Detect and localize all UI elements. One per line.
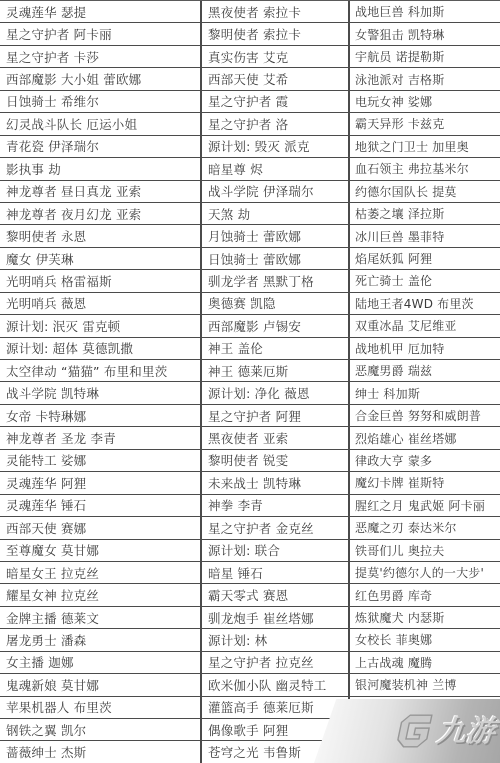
table-cell: 暗星尊 烬 — [202, 158, 348, 180]
table-cell: 源计划: 超体 莫德凯撒 — [0, 338, 200, 360]
table-cell: 死亡骑士 盖伦 — [350, 270, 500, 292]
table-cell: 黑夜使者 亚索 — [202, 427, 348, 449]
table-cell: 黑夜使者 索拉卡 — [202, 1, 348, 23]
table-cell: 女校长 菲奥娜 — [350, 629, 500, 651]
table-cell: 绅士 科加斯 — [350, 382, 500, 404]
table-cell: 源计划: 泯灭 雷克顿 — [0, 315, 200, 337]
table-cell: 光明哨兵 格雷福斯 — [0, 270, 200, 292]
table-cell: 日蚀骑士 希维尔 — [0, 91, 200, 113]
table-cell: 蔷薇绅士 杰斯 — [0, 741, 200, 763]
table-cell: 灵魂莲华 阿狸 — [0, 472, 200, 494]
table-cell: 西部魔影 大小姐 蕾欧娜 — [0, 68, 200, 90]
table-cell: 电玩女神 娑娜 — [350, 91, 500, 113]
skin-table-column-3: 战地巨兽 科加斯女警狙击 凯特琳宇航员 诺提勒斯泳池派对 吉格斯电玩女神 娑娜霸… — [348, 1, 500, 763]
table-cell: 约德尔国队长 提莫 — [350, 181, 500, 203]
table-cell: 未来战士 凯特琳 — [202, 472, 348, 494]
skin-table-column-2: 黑夜使者 索拉卡黎明使者 索拉卡真实伤害 艾克西部天使 艾希星之守护者 霞星之守… — [200, 1, 348, 763]
table-cell: 恶魔男爵 瑞兹 — [350, 360, 500, 382]
table-cell: 暗星女王 拉克丝 — [0, 562, 200, 584]
table-cell: 驯龙炮手 崔丝塔娜 — [202, 607, 348, 629]
table-cell: 灵魂莲华 锤石 — [0, 495, 200, 517]
watermark-text: 九游 — [435, 717, 496, 746]
table-cell: 恶魔之刃 泰达米尔 — [350, 517, 500, 539]
table-cell: 银河魔装机神 兰博 — [350, 674, 500, 696]
table-cell: 源计划: 毁灭 派克 — [202, 136, 348, 158]
table-cell: 冰川巨兽 墨菲特 — [350, 225, 500, 247]
table-cell: 女警狙击 凯特琳 — [350, 23, 500, 45]
table-cell: 星之守护者 霞 — [202, 91, 348, 113]
table-cell: 月蚀骑士 蕾欧娜 — [202, 225, 348, 247]
table-cell: 幻灵战斗队长 厄运小姐 — [0, 113, 200, 135]
table-cell: 神龙尊者 圣龙 李青 — [0, 427, 200, 449]
table-cell: 魔幻卡牌 崔斯特 — [350, 472, 500, 494]
skin-table-column-1: 灵魂莲华 瑟提星之守护者 阿卡丽星之守护者 卡莎西部魔影 大小姐 蕾欧娜日蚀骑士… — [0, 1, 200, 763]
table-cell: 源计划: 净化 薇恩 — [202, 382, 348, 404]
table-cell: 耀星女神 拉克丝 — [0, 584, 200, 606]
table-cell: 星之守护者 卡莎 — [0, 46, 200, 68]
table-cell: 神王 德莱厄斯 — [202, 360, 348, 382]
table-cell: 宇航员 诺提勒斯 — [350, 46, 500, 68]
table-cell: 战斗学院 伊泽瑞尔 — [202, 181, 348, 203]
table-cell: 灌篮高手 德莱厄斯 — [202, 697, 348, 719]
table-cell: 奥德赛 凯隐 — [202, 293, 348, 315]
table-cell: 黎明使者 永恩 — [0, 225, 200, 247]
table-cell: 鬼魂新娘 莫甘娜 — [0, 674, 200, 696]
table-cell: 合金巨兽 努努和威朗普 — [350, 405, 500, 427]
table-cell: 战地机甲 厄加特 — [350, 338, 500, 360]
table-cell: 泳池派对 吉格斯 — [350, 68, 500, 90]
table-cell: 战地巨兽 科加斯 — [350, 1, 500, 23]
table-cell: 至尊魔女 莫甘娜 — [0, 540, 200, 562]
table-cell: 青花瓷 伊泽瑞尔 — [0, 136, 200, 158]
skin-list-table: 灵魂莲华 瑟提星之守护者 阿卡丽星之守护者 卡莎西部魔影 大小姐 蕾欧娜日蚀骑士… — [0, 0, 500, 763]
table-cell: 驯龙学者 黑默丁格 — [202, 270, 348, 292]
table-cell: 星之守护者 拉克丝 — [202, 652, 348, 674]
table-cell: 霸天异形 卡兹克 — [350, 113, 500, 135]
table-cell: 暗星 锤石 — [202, 562, 348, 584]
table-cell: 提莫'约德尔人的一大步' — [350, 562, 500, 584]
table-cell: 地狱之门卫士 加里奥 — [350, 136, 500, 158]
table-cell: 源计划: 联合 — [202, 540, 348, 562]
table-cell: 神龙尊者 昼日真龙 亚索 — [0, 181, 200, 203]
table-cell: 霸天零式 赛恩 — [202, 584, 348, 606]
table-cell: 腥红之月 鬼武姬 阿卡丽 — [350, 495, 500, 517]
table-cell: 屠龙勇士 潘森 — [0, 629, 200, 651]
table-cell: 魔女 伊芙琳 — [0, 248, 200, 270]
table-cell: 欧米伽小队 幽灵特工 — [202, 674, 348, 696]
table-cell: 战斗学院 凯特琳 — [0, 382, 200, 404]
table-cell: 源计划: 林 — [202, 629, 348, 651]
table-cell: 太空律动 “猫猫” 布里和里茨 — [0, 360, 200, 382]
table-cell: 钢铁之翼 凯尔 — [0, 719, 200, 741]
table-cell: 炼狱魔犬 内瑟斯 — [350, 607, 500, 629]
table-cell: 双重冰晶 艾尼维亚 — [350, 315, 500, 337]
table-cell: 血石领主 弗拉基米尔 — [350, 158, 500, 180]
table-cell: 灵魂莲华 瑟提 — [0, 1, 200, 23]
table-cell: 星之守护者 阿狸 — [202, 405, 348, 427]
table-cell: 神王 盖伦 — [202, 338, 348, 360]
table-cell: 神拳 李青 — [202, 495, 348, 517]
table-cell: 烈焰雄心 崔丝塔娜 — [350, 427, 500, 449]
table-cell: 灵能特工 娑娜 — [0, 450, 200, 472]
table-cell: 律政大亨 蒙多 — [350, 450, 500, 472]
table-cell: 日蚀骑士 蕾欧娜 — [202, 248, 348, 270]
table-cell: 天煞 劫 — [202, 203, 348, 225]
table-cell: 枯萎之壤 泽拉斯 — [350, 203, 500, 225]
table-cell: 西部魔影 卢锡安 — [202, 315, 348, 337]
table-cell: 陆地王者4WD 布里茨 — [350, 293, 500, 315]
table-cell: 星之守护者 金克丝 — [202, 517, 348, 539]
table-cell: 神龙尊者 夜月幻龙 亚索 — [0, 203, 200, 225]
table-cell: 女主播 迦娜 — [0, 652, 200, 674]
watermark-banner: 九游 — [314, 699, 500, 763]
table-cell: 上古战魂 魔腾 — [350, 652, 500, 674]
table-cell: 光明哨兵 薇恩 — [0, 293, 200, 315]
table-cell: 金牌主播 德莱文 — [0, 607, 200, 629]
table-cell: 星之守护者 洛 — [202, 113, 348, 135]
table-cell: 女帝 卡特琳娜 — [0, 405, 200, 427]
table-cell: 影执事 劫 — [0, 158, 200, 180]
table-cell: 铁哥们儿 奥拉夫 — [350, 540, 500, 562]
ninegame-logo-icon — [396, 713, 436, 749]
table-cell: 西部天使 艾希 — [202, 68, 348, 90]
table-cell: 黎明使者 锐雯 — [202, 450, 348, 472]
table-cell: 西部天使 赛娜 — [0, 517, 200, 539]
table-cell: 星之守护者 阿卡丽 — [0, 23, 200, 45]
table-cell: 焰尾妖狐 阿狸 — [350, 248, 500, 270]
table-cell: 真实伤害 艾克 — [202, 46, 348, 68]
table-cell: 黎明使者 索拉卡 — [202, 23, 348, 45]
table-cell: 红色男爵 库奇 — [350, 584, 500, 606]
table-cell: 苹果机器人 布里茨 — [0, 697, 200, 719]
